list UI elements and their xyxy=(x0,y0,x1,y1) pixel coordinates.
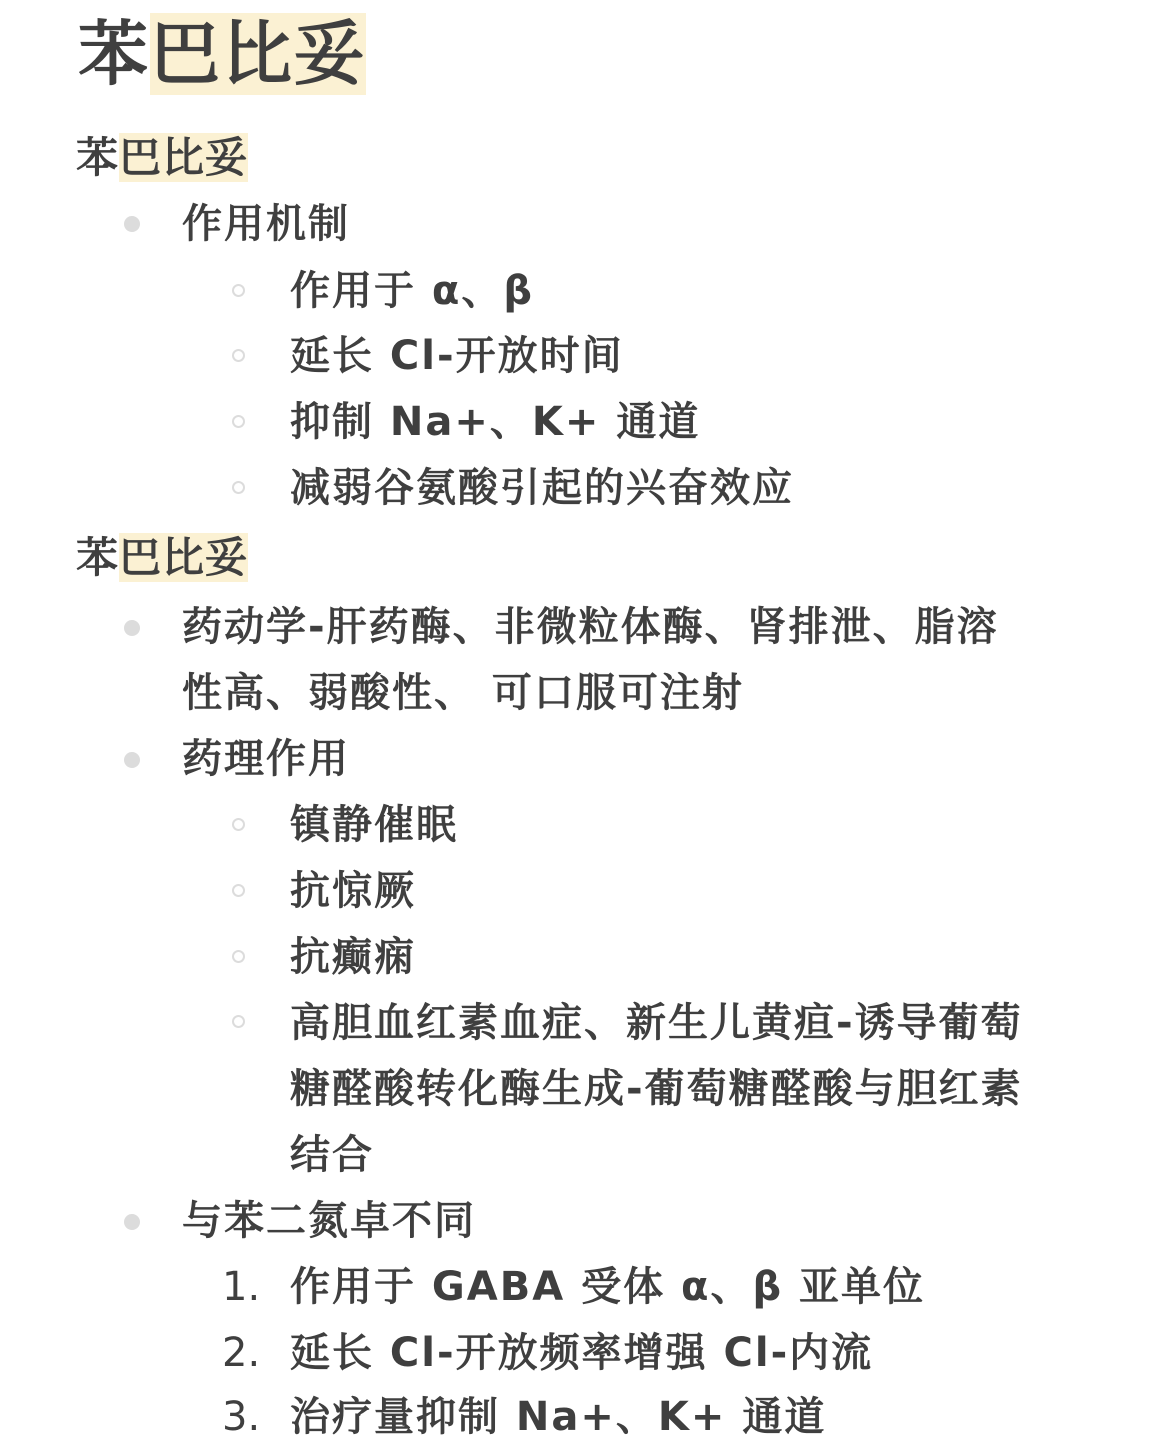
heading-highlight: 巴比妥 xyxy=(119,133,248,182)
list-item: 药理作用 xyxy=(182,726,1082,792)
ordered-number: 1. xyxy=(222,1254,260,1320)
hollow-bullet-icon xyxy=(232,284,245,297)
title-highlight: 巴比妥 xyxy=(150,13,366,95)
list-item-line: 高胆血红素血症、新生儿黄疸-诱导葡萄 xyxy=(290,990,1090,1056)
hollow-bullet-icon xyxy=(232,349,245,362)
heading-prefix: 苯 xyxy=(76,133,119,182)
page-title: 苯巴比妥 xyxy=(78,10,366,98)
ordered-item: 延长 Cl-开放频率增强 Cl-内流 xyxy=(290,1320,1090,1386)
hollow-bullet-icon xyxy=(232,481,245,494)
list-item-line: 性高、弱酸性、 可口服可注射 xyxy=(182,660,1082,726)
list-item: 作用于 α、β xyxy=(290,258,1090,324)
bullet-icon xyxy=(124,1214,140,1230)
heading-prefix: 苯 xyxy=(76,533,119,582)
section-heading-1: 苯巴比妥 xyxy=(76,130,248,186)
list-item: 抗惊厥 xyxy=(290,858,1090,924)
hollow-bullet-icon xyxy=(232,950,245,963)
section-heading-2: 苯巴比妥 xyxy=(76,530,248,586)
list-item: 抑制 Na+、K+ 通道 xyxy=(290,389,1090,455)
list-item-line: 糖醛酸转化酶生成-葡萄糖醛酸与胆红素 xyxy=(290,1056,1090,1122)
ordered-item: 作用于 GABA 受体 α、β 亚单位 xyxy=(290,1254,1090,1320)
ordered-number: 3. xyxy=(222,1384,260,1446)
hollow-bullet-icon xyxy=(232,415,245,428)
list-item: 抗癫痫 xyxy=(290,924,1090,990)
list-item: 延长 Cl-开放时间 xyxy=(290,323,1090,389)
list-item: 镇静催眠 xyxy=(290,792,1090,858)
bullet-icon xyxy=(124,620,140,636)
hollow-bullet-icon xyxy=(232,884,245,897)
heading-highlight: 巴比妥 xyxy=(119,533,248,582)
hollow-bullet-icon xyxy=(232,818,245,831)
bullet-icon xyxy=(124,216,140,232)
bullet-icon xyxy=(124,752,140,768)
list-item: 与苯二氮卓不同 xyxy=(182,1188,1082,1254)
list-item-line: 药动学-肝药酶、非微粒体酶、肾排泄、脂溶 xyxy=(182,594,1082,660)
list-item-line: 结合 xyxy=(290,1122,1090,1188)
ordered-item: 治疗量抑制 Na+、K+ 通道 xyxy=(290,1384,1090,1446)
list-item: 作用机制 xyxy=(182,191,1082,257)
hollow-bullet-icon xyxy=(232,1015,245,1028)
list-item: 减弱谷氨酸引起的兴奋效应 xyxy=(290,455,1090,521)
title-prefix: 苯 xyxy=(78,13,150,95)
ordered-number: 2. xyxy=(222,1320,260,1386)
